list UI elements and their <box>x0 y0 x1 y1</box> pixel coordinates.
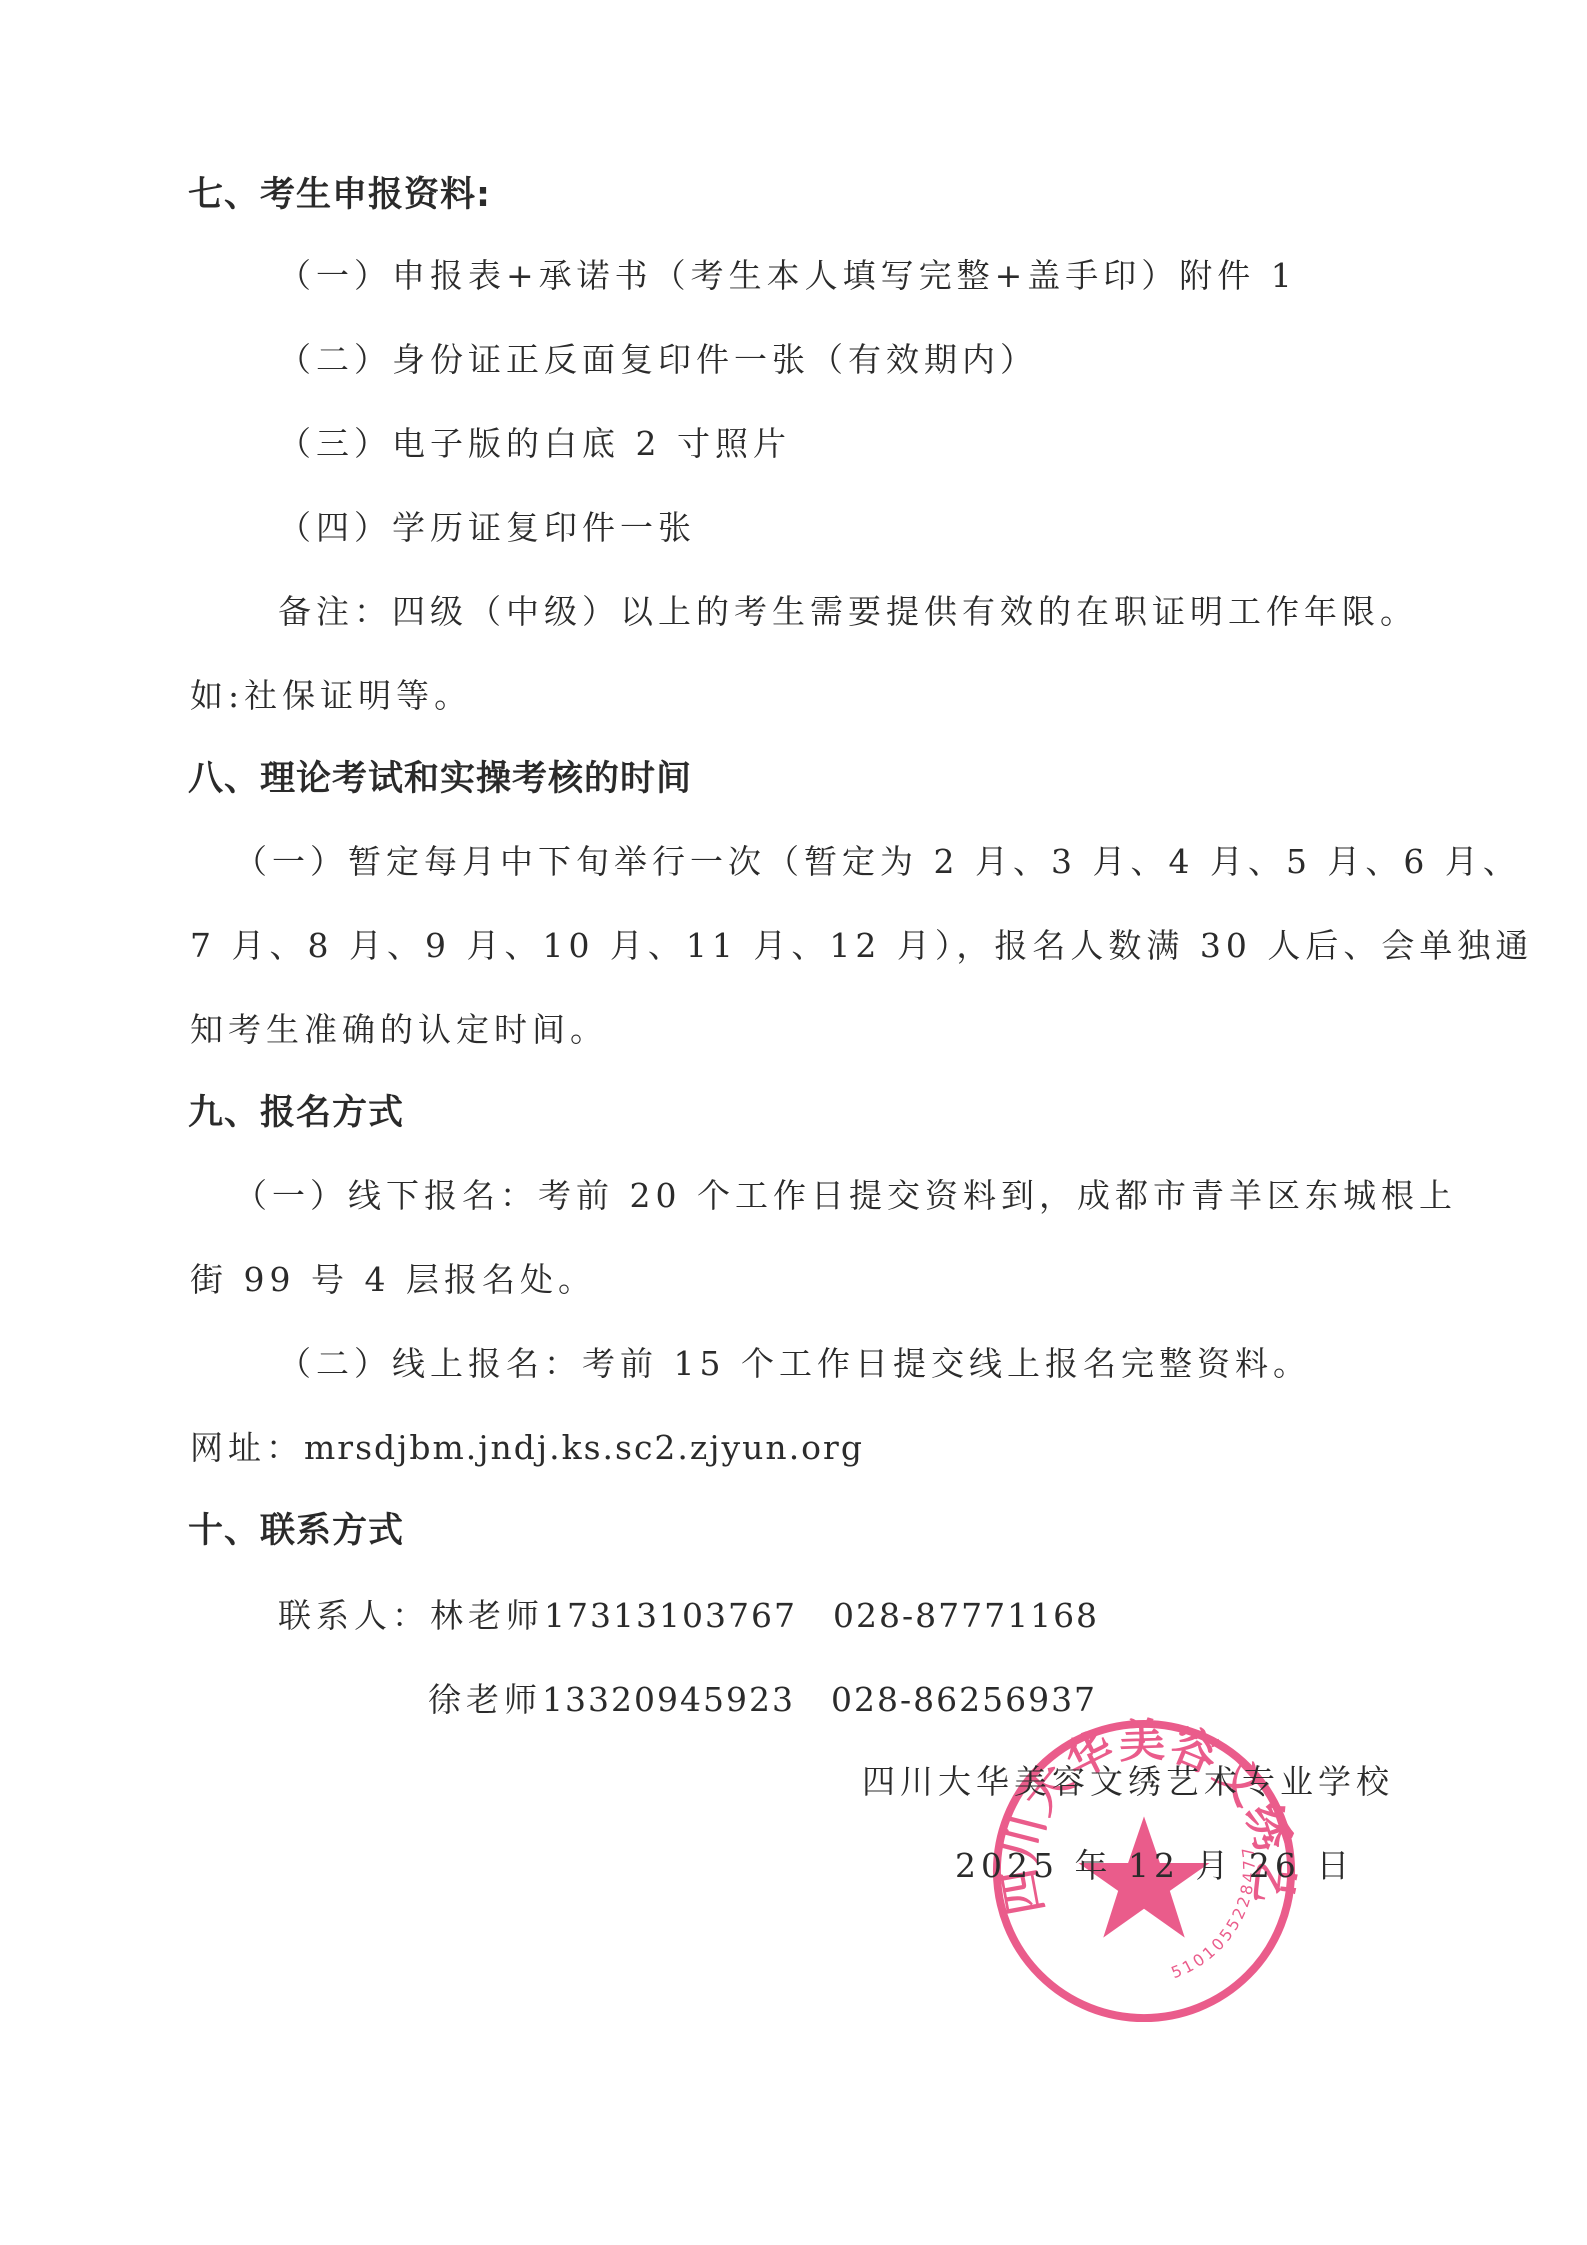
website-line: 网址：mrsdjbm.jndj.ks.sc2.zjyun.org <box>190 1426 864 1470</box>
paragraph-text: （一）线下报名：考前 20 个工作日提交资料到，成都市青羊区东城根上 <box>234 1174 1457 1218</box>
website-label: 网址： <box>190 1428 304 1467</box>
paragraph-text: 知考生准确的认定时间。 <box>190 1008 608 1052</box>
note-text: 备注：四级（中级）以上的考生需要提供有效的在职证明工作年限。 <box>278 590 1418 634</box>
contact-row: 徐老师13320945923028-86256937 <box>428 1678 1097 1722</box>
contact-phone: 028-87771168 <box>833 1596 1099 1635</box>
list-item: （四）学历证复印件一张 <box>278 506 696 550</box>
contact-phone: 028-86256937 <box>831 1680 1097 1719</box>
contact-mobile: 17313103767 <box>544 1596 797 1635</box>
contact-mobile: 13320945923 <box>542 1680 795 1719</box>
list-item: （三）电子版的白底 2 寸照片 <box>278 422 791 466</box>
contact-label: 联系人： <box>278 1596 430 1635</box>
note-text: 如:社保证明等。 <box>190 674 472 718</box>
website-url[interactable]: mrsdjbm.jndj.ks.sc2.zjyun.org <box>304 1428 864 1467</box>
paragraph-text: 7 月、8 月、9 月、10 月、11 月、12 月），报名人数满 30 人后、… <box>190 924 1533 968</box>
list-item: （二）身份证正反面复印件一张（有效期内） <box>278 338 1038 382</box>
paragraph-text: 街 99 号 4 层报名处。 <box>190 1258 596 1302</box>
document-page: 七、考生申报资料: （一）申报表+承诺书（考生本人填写完整+盖手印）附件 1 （… <box>0 0 1587 2245</box>
contact-row: 联系人：林老师17313103767028-87771168 <box>278 1594 1099 1638</box>
organization-name: 四川大华美容文绣艺术专业学校 <box>862 1760 1394 1804</box>
document-date: 2025 年 12 月 26 日 <box>955 1844 1354 1888</box>
list-item: （一）申报表+承诺书（考生本人填写完整+盖手印）附件 1 <box>278 254 1297 298</box>
paragraph-text: （一）暂定每月中下旬举行一次（暂定为 2 月、3 月、4 月、5 月、6 月、 <box>234 840 1521 884</box>
section-heading-9: 九、报名方式 <box>188 1090 404 1136</box>
section-heading-8: 八、理论考试和实操考核的时间 <box>188 756 692 802</box>
paragraph-text: （二）线上报名：考前 15 个工作日提交线上报名完整资料。 <box>278 1342 1311 1386</box>
contact-name: 徐老师 <box>428 1680 542 1719</box>
contact-name: 林老师 <box>430 1596 544 1635</box>
section-heading-10: 十、联系方式 <box>188 1508 404 1554</box>
section-heading-7: 七、考生申报资料: <box>188 172 491 218</box>
